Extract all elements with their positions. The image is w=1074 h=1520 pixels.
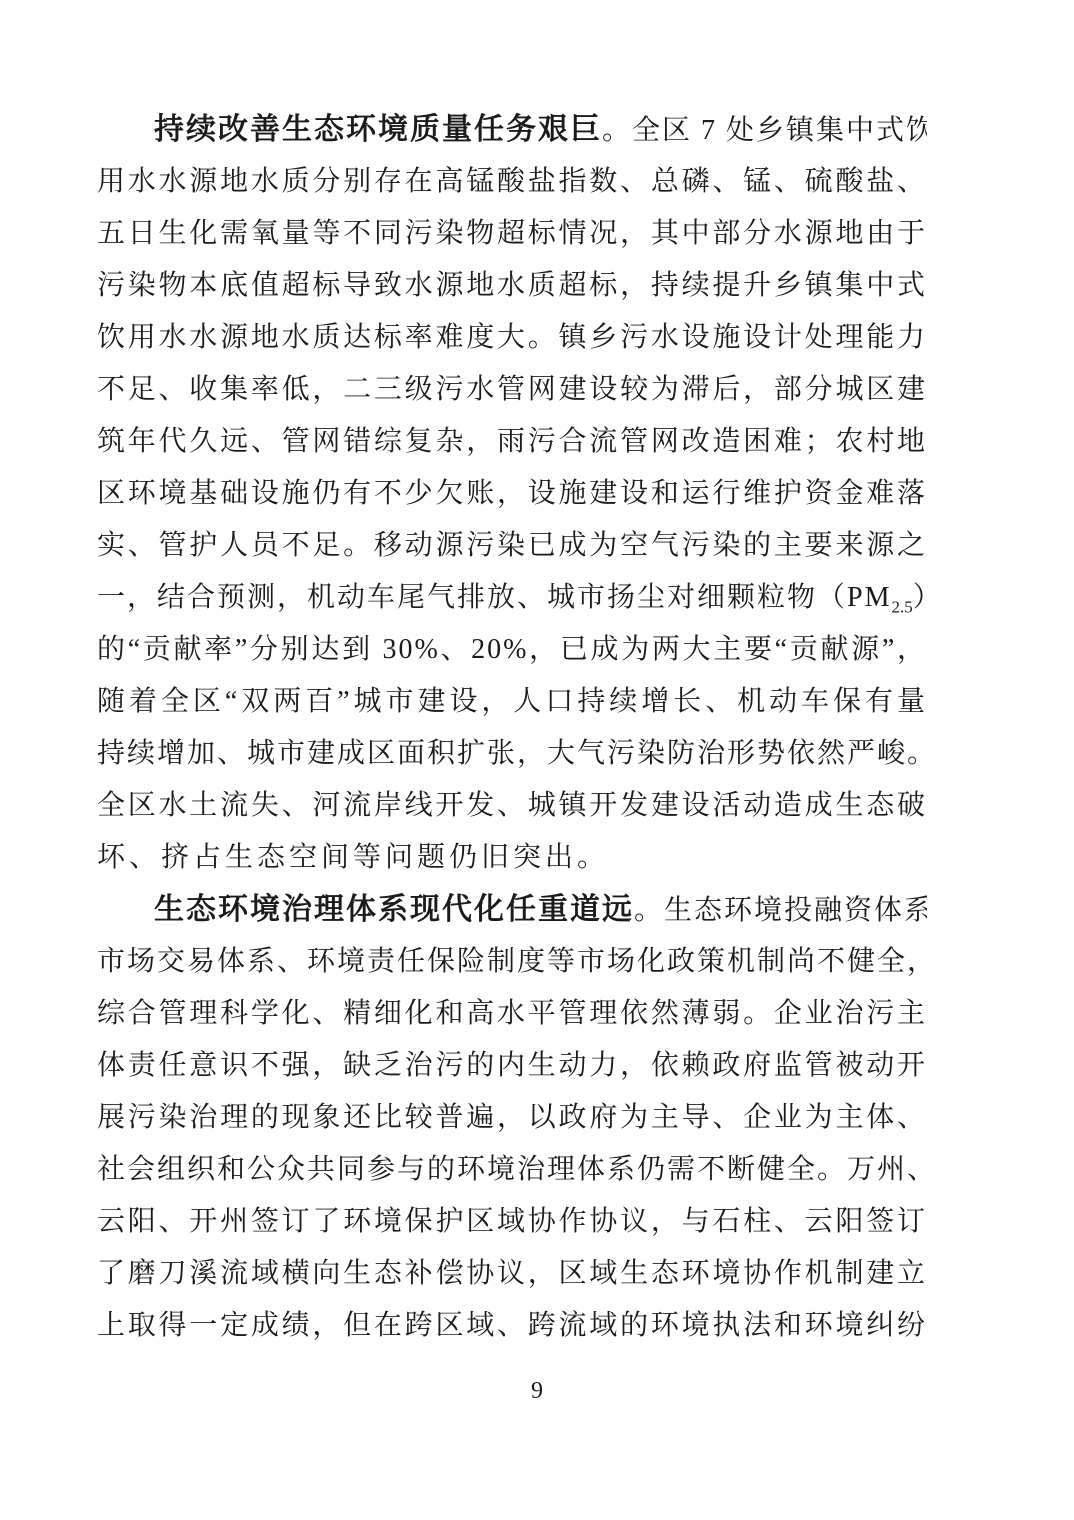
document-body: 持续改善生态环境质量任务艰巨。全区 7 处乡镇集中式饮用水水源地水质分别存在高锰… (97, 104, 927, 1352)
text-line: 随着全区“双两百”城市建设，人口持续增长、机动车保有量 (97, 676, 927, 728)
text-line: 一，结合预测，机动车尾气排放、城市扬尘对细颗粒物（PM2.5） (97, 572, 927, 624)
text-line: 筑年代久远、管网错综复杂，雨污合流管网改造困难；农村地 (97, 416, 927, 468)
text-line: 持续增加、城市建成区面积扩张，大气污染防治形势依然严峻。 (97, 728, 927, 780)
text-segment: 饮用水水源地水质达标率难度大。镇乡污水设施设计处理能力 (97, 322, 927, 353)
text-segment: 污染物本底值超标导致水源地水质超标，持续提升乡镇集中式 (97, 270, 927, 301)
text-line: 实、管护人员不足。移动源污染已成为空气污染的主要来源之 (97, 520, 927, 572)
text-segment: 随着全区“双两百”城市建设，人口持续增长、机动车保有量 (97, 686, 927, 717)
text-line: 饮用水水源地水质达标率难度大。镇乡污水设施设计处理能力 (97, 312, 927, 364)
text-line: 云阳、开州签订了环境保护区域协作协议，与石柱、云阳签订 (97, 1196, 927, 1248)
page-number: 9 (531, 1378, 543, 1404)
paragraph-lead: 生态环境治理体系现代化任重道远 (154, 893, 634, 926)
text-segment: 了磨刀溪流域横向生态补偿协议，区域生态环境协作机制建立 (97, 1258, 927, 1289)
text-line: 持续改善生态环境质量任务艰巨。全区 7 处乡镇集中式饮 (97, 104, 927, 156)
text-segment: 云阳、开州签订了环境保护区域协作协议，与石柱、云阳签订 (97, 1206, 927, 1237)
text-line: 全区水土流失、河流岸线开发、城镇开发建设活动造成生态破 (97, 780, 927, 832)
text-line: 生态环境治理体系现代化任重道远。生态环境投融资体系、 (97, 884, 927, 936)
text-segment: 区环境基础设施仍有不少欠账，设施建设和运行维护资金难落 (97, 478, 927, 509)
text-line: 了磨刀溪流域横向生态补偿协议，区域生态环境协作机制建立 (97, 1248, 927, 1300)
paragraph-lead: 持续改善生态环境质量任务艰巨 (154, 113, 602, 146)
text-segment: 市场交易体系、环境责任保险制度等市场化政策机制尚不健全， (97, 946, 927, 977)
text-segment: ） (913, 582, 927, 613)
para-governance-modernization: 生态环境治理体系现代化任重道远。生态环境投融资体系、市场交易体系、环境责任保险制… (97, 884, 927, 1352)
text-segment: 的“贡献率”分别达到 30%、20%，已成为两大主要“贡献源”， (97, 634, 927, 665)
text-line: 社会组织和公众共同参与的环境治理体系仍需不断健全。万州、 (97, 1144, 927, 1196)
text-segment: 社会组织和公众共同参与的环境治理体系仍需不断健全。万州、 (97, 1154, 927, 1185)
text-segment: 用水水源地水质分别存在高锰酸盐指数、总磷、锰、硫酸盐、 (97, 166, 927, 197)
text-line: 市场交易体系、环境责任保险制度等市场化政策机制尚不健全， (97, 936, 927, 988)
text-segment: 五日生化需氧量等不同污染物超标情况，其中部分水源地由于 (97, 218, 927, 249)
text-segment: 持续增加、城市建成区面积扩张，大气污染防治形势依然严峻。 (97, 738, 927, 769)
text-segment: 一，结合预测，机动车尾气排放、城市扬尘对细颗粒物（PM (97, 582, 891, 613)
text-line: 体责任意识不强，缺乏治污的内生动力，依赖政府监管被动开 (97, 1040, 927, 1092)
text-segment: 筑年代久远、管网错综复杂，雨污合流管网改造困难；农村地 (97, 426, 927, 457)
text-segment: 不足、收集率低，二三级污水管网建设较为滞后，部分城区建 (97, 374, 927, 405)
text-segment: 展污染治理的现象还比较普遍，以政府为主导、企业为主体、 (97, 1102, 927, 1133)
text-segment: 坏、挤占生态空间等问题仍旧突出。 (97, 842, 609, 873)
text-segment: 实、管护人员不足。移动源污染已成为空气污染的主要来源之 (97, 530, 927, 561)
text-line: 区环境基础设施仍有不少欠账，设施建设和运行维护资金难落 (97, 468, 927, 520)
text-line: 用水水源地水质分别存在高锰酸盐指数、总磷、锰、硫酸盐、 (97, 156, 927, 208)
text-line: 五日生化需氧量等不同污染物超标情况，其中部分水源地由于 (97, 208, 927, 260)
text-line: 不足、收集率低，二三级污水管网建设较为滞后，部分城区建 (97, 364, 927, 416)
text-segment: 综合管理科学化、精细化和高水平管理依然薄弱。企业治污主 (97, 998, 927, 1029)
text-segment: 全区水土流失、河流岸线开发、城镇开发建设活动造成生态破 (97, 790, 927, 821)
text-segment: 。全区 7 处乡镇集中式饮 (602, 115, 927, 146)
text-line: 综合管理科学化、精细化和高水平管理依然薄弱。企业治污主 (97, 988, 927, 1040)
document-page: 持续改善生态环境质量任务艰巨。全区 7 处乡镇集中式饮用水水源地水质分别存在高锰… (0, 0, 1074, 1520)
subscript-text: 2.5 (891, 598, 912, 617)
text-line: 展污染治理的现象还比较普遍，以政府为主导、企业为主体、 (97, 1092, 927, 1144)
para-environment-quality-challenge: 持续改善生态环境质量任务艰巨。全区 7 处乡镇集中式饮用水水源地水质分别存在高锰… (97, 104, 927, 884)
text-segment: 体责任意识不强，缺乏治污的内生动力，依赖政府监管被动开 (97, 1050, 927, 1081)
page-footer: 9 (0, 1378, 1074, 1405)
text-line: 的“贡献率”分别达到 30%、20%，已成为两大主要“贡献源”， (97, 624, 927, 676)
text-segment: 上取得一定成绩，但在跨区域、跨流域的环境执法和环境纠纷 (97, 1310, 927, 1341)
text-line: 坏、挤占生态空间等问题仍旧突出。 (97, 832, 927, 884)
text-segment: 。生态环境投融资体系、 (634, 895, 927, 926)
text-line: 上取得一定成绩，但在跨区域、跨流域的环境执法和环境纠纷 (97, 1300, 927, 1352)
text-line: 污染物本底值超标导致水源地水质超标，持续提升乡镇集中式 (97, 260, 927, 312)
